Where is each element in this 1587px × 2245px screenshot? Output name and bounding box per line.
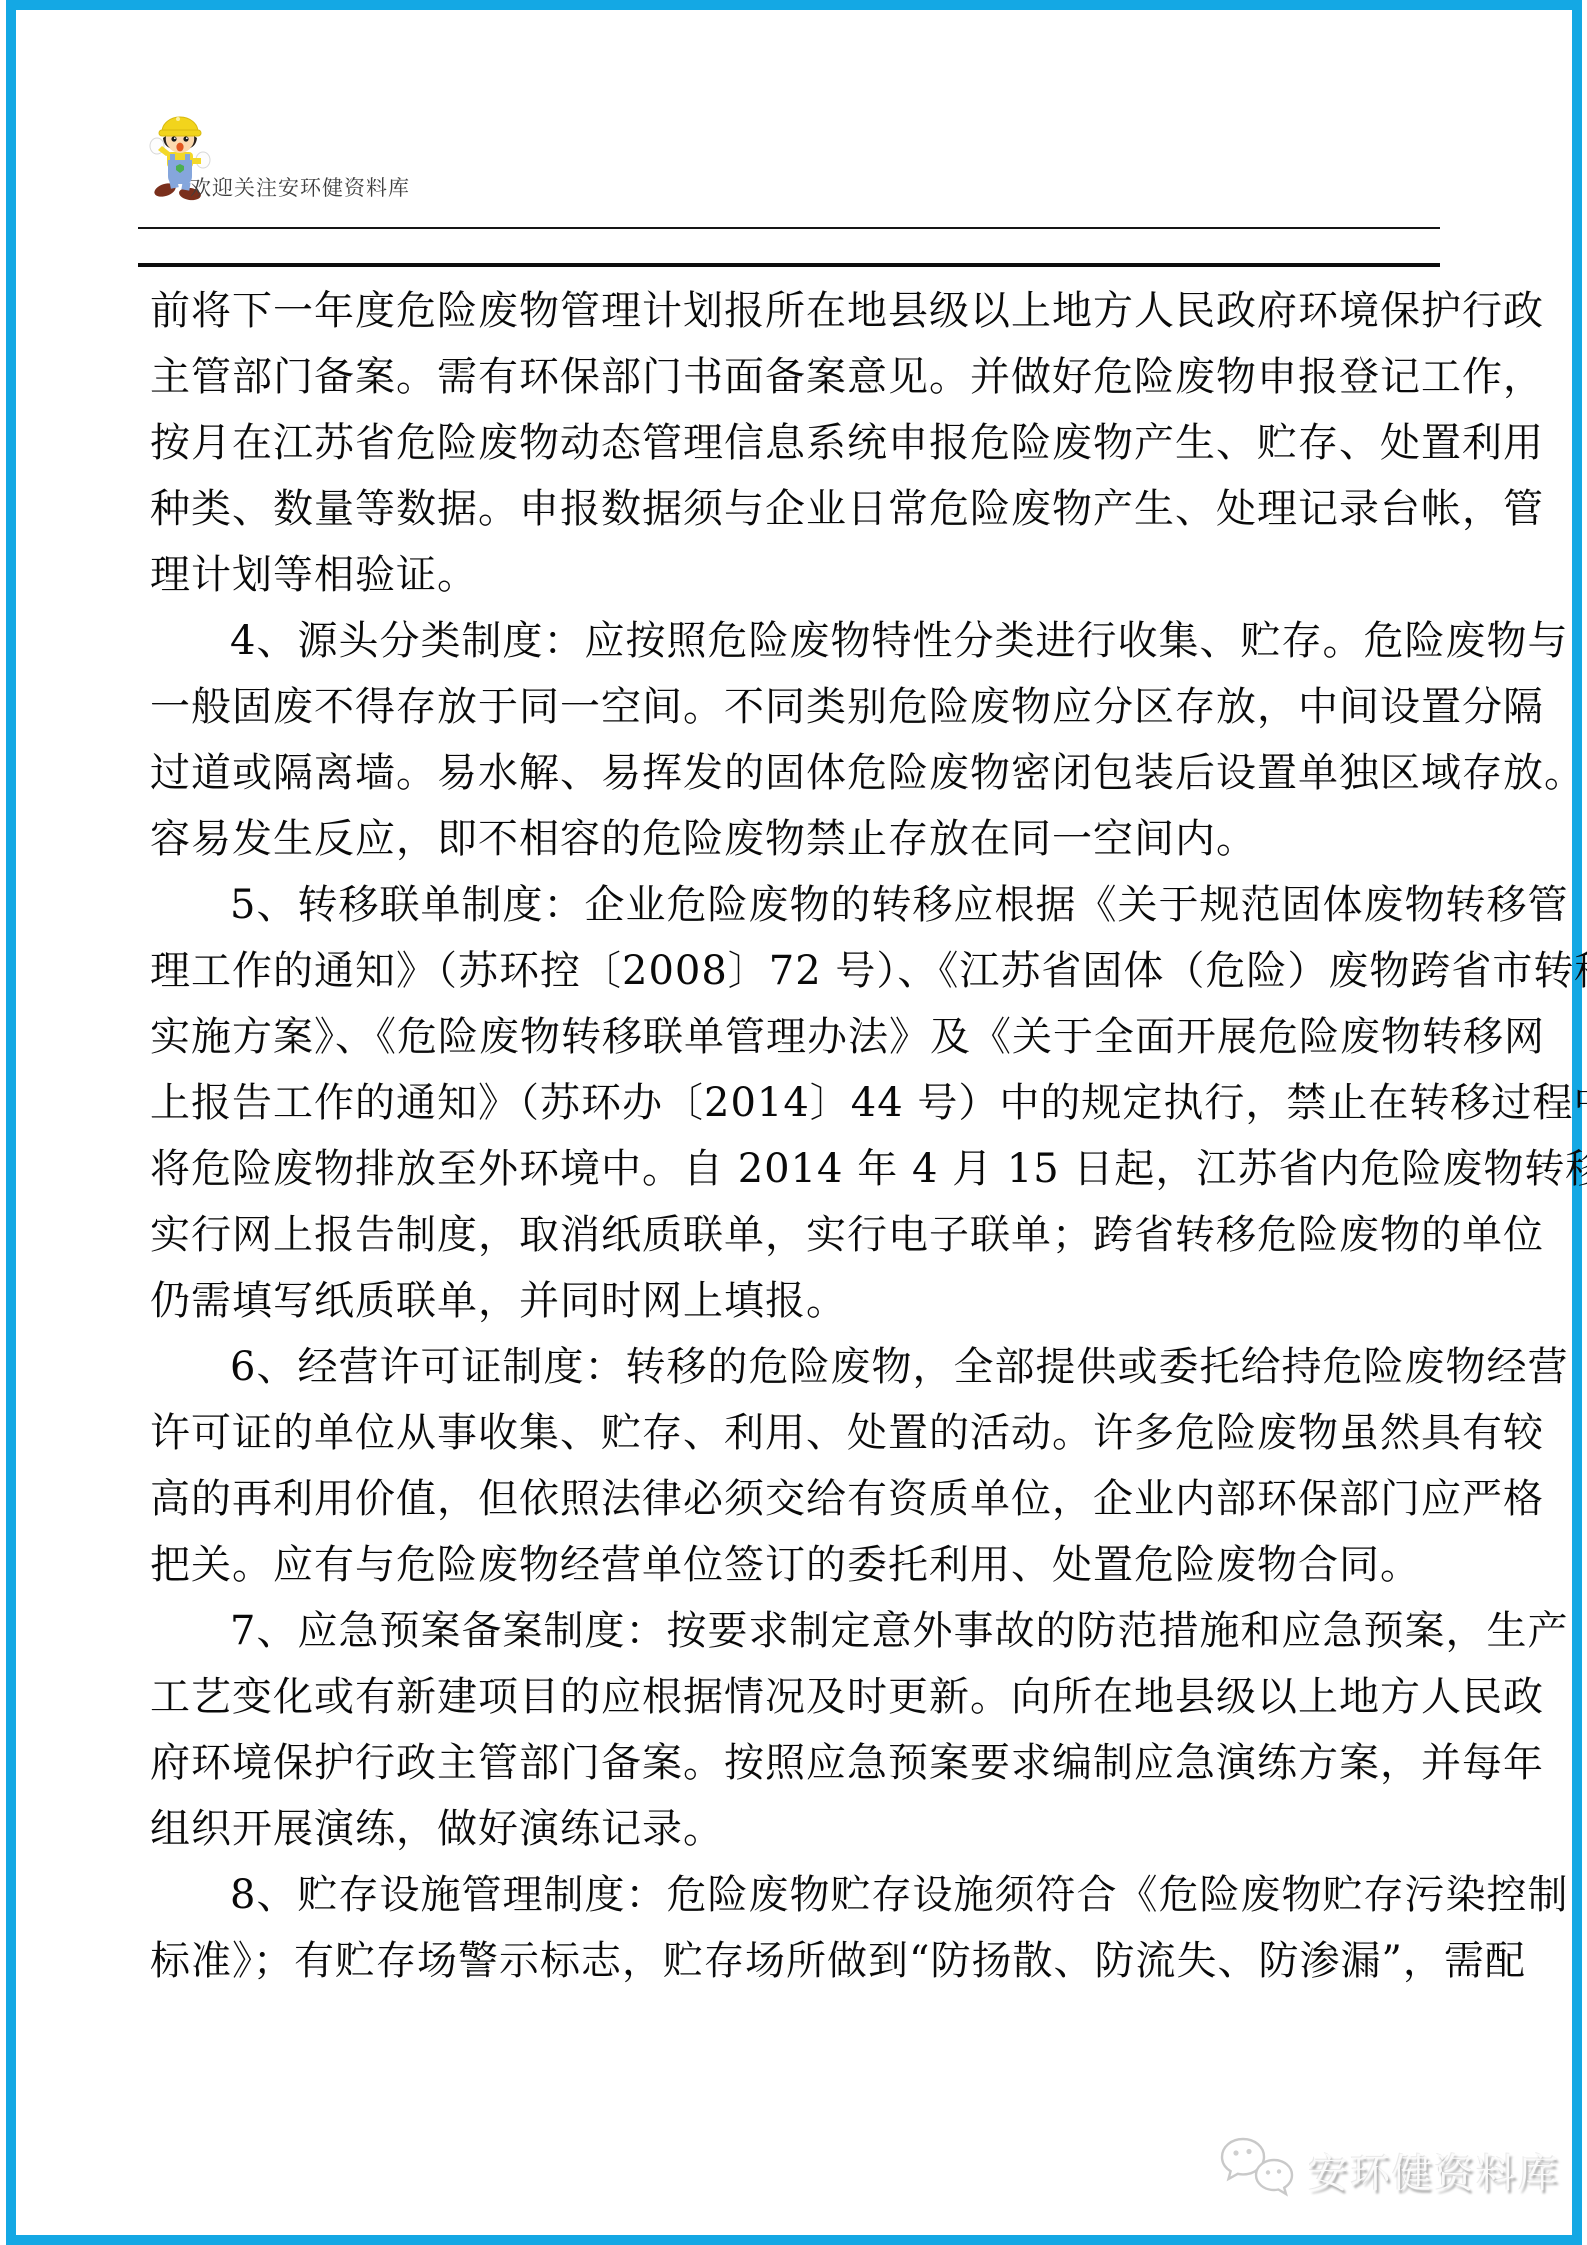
footer-brand: 安环健资料库 <box>1308 2142 1560 2199</box>
text-line: 理工作的通知》（苏环控〔2008〕72 号）、《江苏省固体（危险）废物跨省市转移 <box>150 938 1482 1004</box>
text-line: 4、源头分类制度：应按照危险废物特性分类进行收集、贮存。危险废物与 <box>150 608 1482 674</box>
text-line: 6、经营许可证制度：转移的危险废物，全部提供或委托给持危险废物经营 <box>150 1334 1482 1400</box>
text-line: 府环境保护行政主管部门备案。按照应急预案要求编制应急演练方案，并每年 <box>150 1730 1482 1796</box>
text-line: 理计划等相验证。 <box>150 542 1482 608</box>
header-rule-thin <box>138 227 1440 229</box>
wechat-icon <box>1218 2136 1296 2204</box>
text-line: 7、应急预案备案制度：按要求制定意外事故的防范措施和应急预案，生产 <box>150 1598 1482 1664</box>
document-body: 前将下一年度危险废物管理计划报所在地县级以上地方人民政府环境保护行政主管部门备案… <box>150 278 1482 1994</box>
text-line: 一般固废不得存放于同一空间。不同类别危险废物应分区存放，中间设置分隔 <box>150 674 1482 740</box>
text-line: 高的再利用价值，但依照法律必须交给有资质单位，企业内部环保部门应严格 <box>150 1466 1482 1532</box>
text-line: 上报告工作的通知》（苏环办〔2014〕44 号）中的规定执行，禁止在转移过程中 <box>150 1070 1482 1136</box>
text-line: 容易发生反应，即不相容的危险废物禁止存放在同一空间内。 <box>150 806 1482 872</box>
text-line: 仍需填写纸质联单，并同时网上填报。 <box>150 1268 1482 1334</box>
text-line: 5、转移联单制度：企业危险废物的转移应根据《关于规范固体废物转移管 <box>150 872 1482 938</box>
text-line: 过道或隔离墙。易水解、易挥发的固体危险废物密闭包装后设置单独区域存放。 <box>150 740 1482 806</box>
text-line: 实行网上报告制度，取消纸质联单，实行电子联单；跨省转移危险废物的单位 <box>150 1202 1482 1268</box>
text-line: 8、贮存设施管理制度：危险废物贮存设施须符合《危险废物贮存污染控制 <box>150 1862 1482 1928</box>
text-line: 将危险废物排放至外环境中。自 2014 年 4 月 15 日起，江苏省内危险废物… <box>150 1136 1482 1202</box>
text-line: 许可证的单位从事收集、贮存、利用、处置的活动。许多危险废物虽然具有较 <box>150 1400 1482 1466</box>
header-rule-thick <box>138 263 1440 267</box>
text-line: 组织开展演练，做好演练记录。 <box>150 1796 1482 1862</box>
text-line: 种类、数量等数据。申报数据须与企业日常危险废物产生、处理记录台帐，管 <box>150 476 1482 542</box>
header-brand: 欢迎关注安环健资料库 <box>190 172 410 202</box>
footer: 安环健资料库 <box>1218 2136 1560 2204</box>
text-line: 实施方案》、《危险废物转移联单管理办法》及《关于全面开展危险废物转移网 <box>150 1004 1482 1070</box>
text-line: 按月在江苏省危险废物动态管理信息系统申报危险废物产生、贮存、处置利用 <box>150 410 1482 476</box>
text-line: 前将下一年度危险废物管理计划报所在地县级以上地方人民政府环境保护行政 <box>150 278 1482 344</box>
text-line: 工艺变化或有新建项目的应根据情况及时更新。向所在地县级以上地方人民政 <box>150 1664 1482 1730</box>
text-line: 标准》；有贮存场警示标志，贮存场所做到“防扬散、防流失、防渗漏”，需配 <box>150 1928 1482 1994</box>
text-line: 把关。应有与危险废物经营单位签订的委托利用、处置危险废物合同。 <box>150 1532 1482 1598</box>
text-line: 主管部门备案。需有环保部门书面备案意见。并做好危险废物申报登记工作， <box>150 344 1482 410</box>
